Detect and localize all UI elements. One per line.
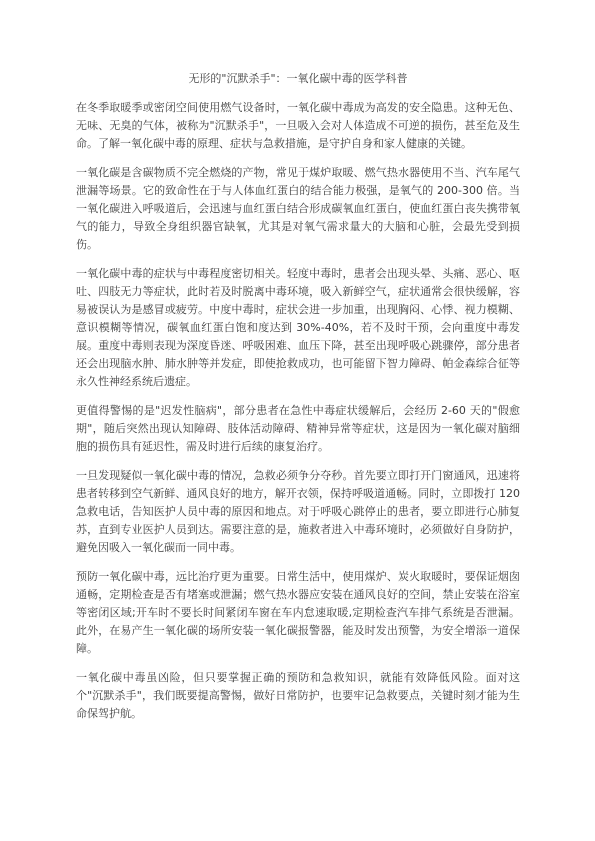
paragraph-mechanism: 一氧化碳是含碳物质不完全燃烧的产物，常见于煤炉取暖、燃气热水器使用不当、汽车尾气…: [76, 164, 520, 254]
paragraph-intro: 在冬季取暖季或密闭空间使用燃气设备时，一氧化碳中毒成为高发的安全隐患。这种无色、…: [76, 99, 520, 153]
paragraph-symptoms: 一氧化碳中毒的症状与中毒程度密切相关。轻度中毒时，患者会出现头晕、头痛、恶心、呕…: [76, 265, 520, 391]
paragraph-first-aid: 一旦发现疑似一氧化碳中毒的情况，急救必须争分夺秒。首先要立即打开门窗通风，迅速将…: [76, 467, 520, 557]
document-page: 无形的"沉默杀手"：一氧化碳中毒的医学科普 在冬季取暖季或密闭空间使用燃气设备时…: [0, 0, 595, 841]
paragraph-prevention: 预防一氧化碳中毒，远比治疗更为重要。日常生活中，使用煤炉、炭火取暖时，要保证烟囱…: [76, 568, 520, 658]
paragraph-delayed-encephalopathy: 更值得警惕的是"迟发性脑病"，部分患者在急性中毒症状缓解后，会经历 2-60 天…: [76, 402, 520, 456]
paragraph-conclusion: 一氧化碳中毒虽凶险，但只要掌握正确的预防和急救知识，就能有效降低风险。面对这个"…: [76, 669, 520, 723]
document-title: 无形的"沉默杀手"：一氧化碳中毒的医学科普: [76, 70, 520, 88]
